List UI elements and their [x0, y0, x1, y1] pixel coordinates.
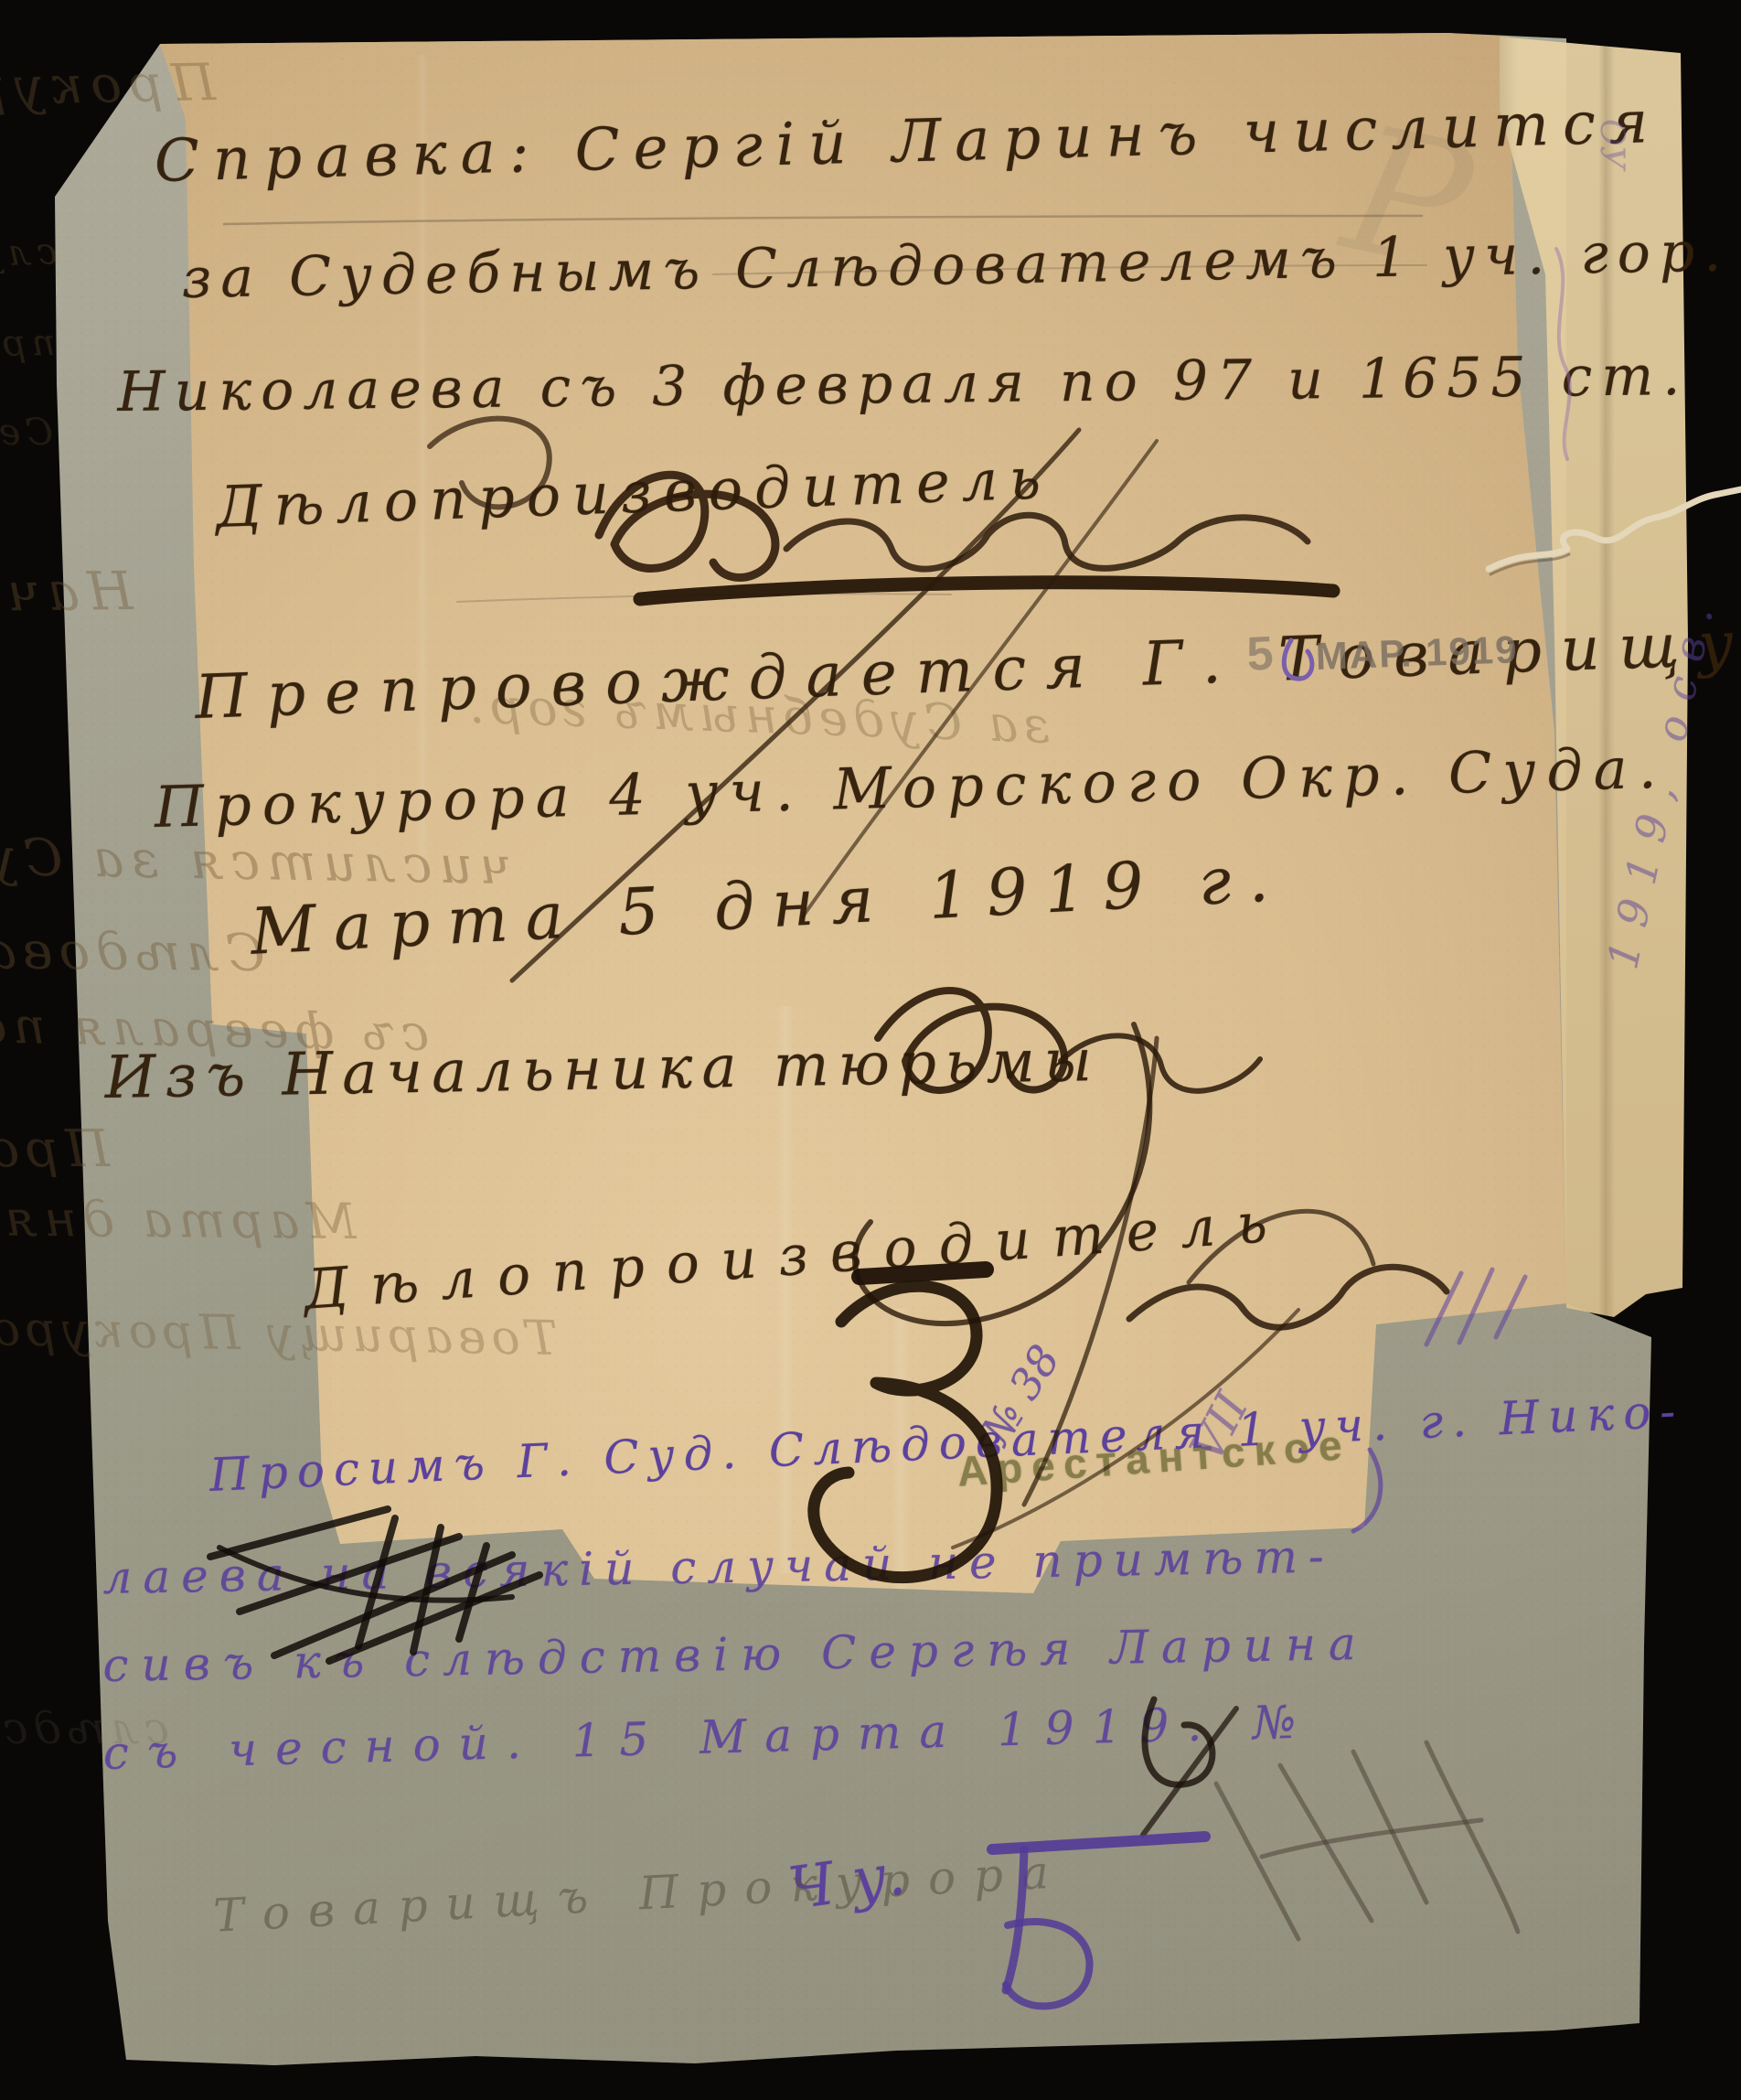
bleedthrough-line: Начальника тюрьмы съ хо — [0, 560, 134, 632]
tape-mark: ОУ — [1593, 119, 1630, 170]
date-stamp-prefix: 5 — [1245, 626, 1276, 682]
bleedthrough-line: Сергѣя Ларина см — [0, 412, 53, 454]
bleedthrough-line: Слѣдователемъ гор. Николаева чи — [0, 914, 265, 983]
scanned-document-photo: Прокурору гор. Николаева въ случай всякі… — [0, 0, 1741, 2100]
date-stamp: МАР. 1919 — [1315, 627, 1519, 679]
bleedthrough-line: Марта дня 1919 г. при — [0, 1186, 357, 1250]
bleedthrough-line: Прокурора Морского Окр. Суда — [0, 1120, 110, 1179]
bleedthrough-line: случай всякій не — [0, 230, 59, 287]
bleedthrough-line: примѣтъ срочно — [0, 322, 56, 371]
